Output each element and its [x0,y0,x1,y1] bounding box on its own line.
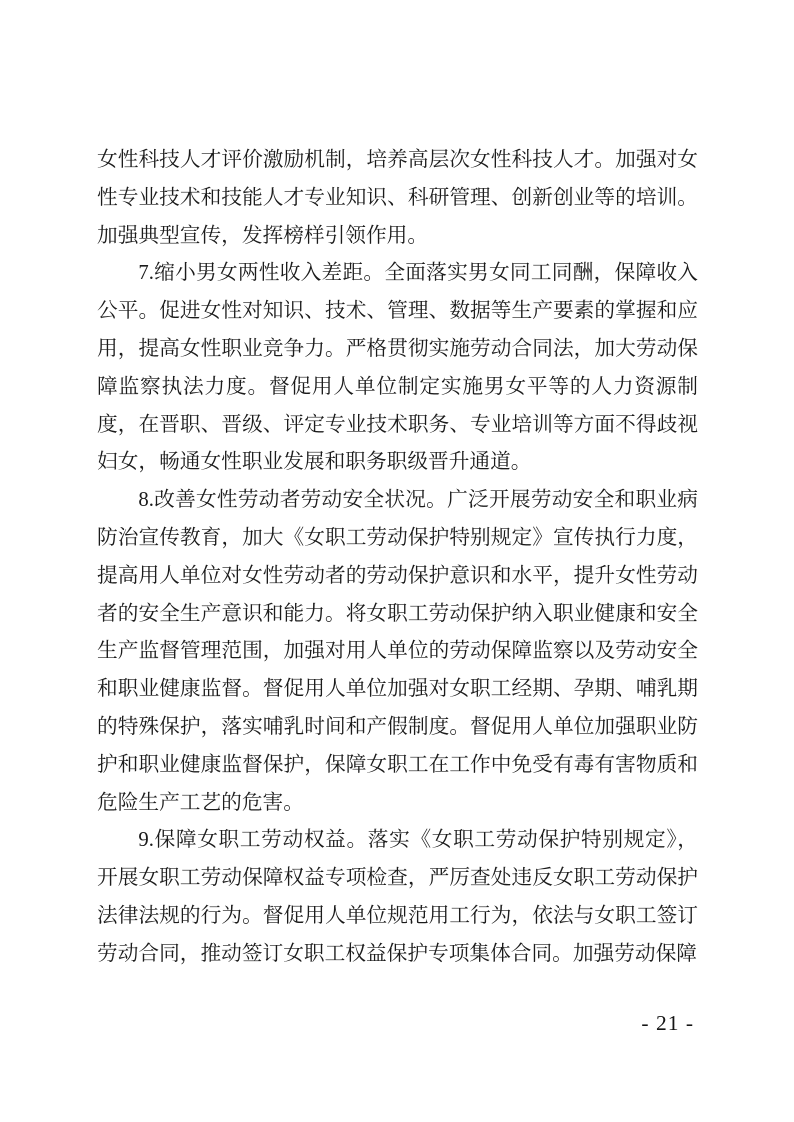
page: { "page": { "background": "#ffffff", "te… [0,0,794,1122]
paragraph: 女性科技人才评价激励机制，培养高层次女性科技人才。加强对女性专业技术和技能人才专… [97,142,698,255]
document-page: 女性科技人才评价激励机制，培养高层次女性科技人才。加强对女性专业技术和技能人才专… [0,0,794,1122]
document-body: 女性科技人才评价激励机制，培养高层次女性科技人才。加强对女性专业技术和技能人才专… [97,142,698,974]
paragraph: 7.缩小男女两性收入差距。全面落实男女同工同酬，保障收入公平。促进女性对知识、技… [97,255,698,482]
page-number: - 21 - [641,1009,694,1037]
paragraph: 9.保障女职工劳动权益。落实《女职工劳动保护特别规定》，开展女职工劳动保障权益专… [97,822,698,973]
paragraph: 8.改善女性劳动者劳动安全状况。广泛开展劳动安全和职业病防治宣传教育，加大《女职… [97,482,698,822]
